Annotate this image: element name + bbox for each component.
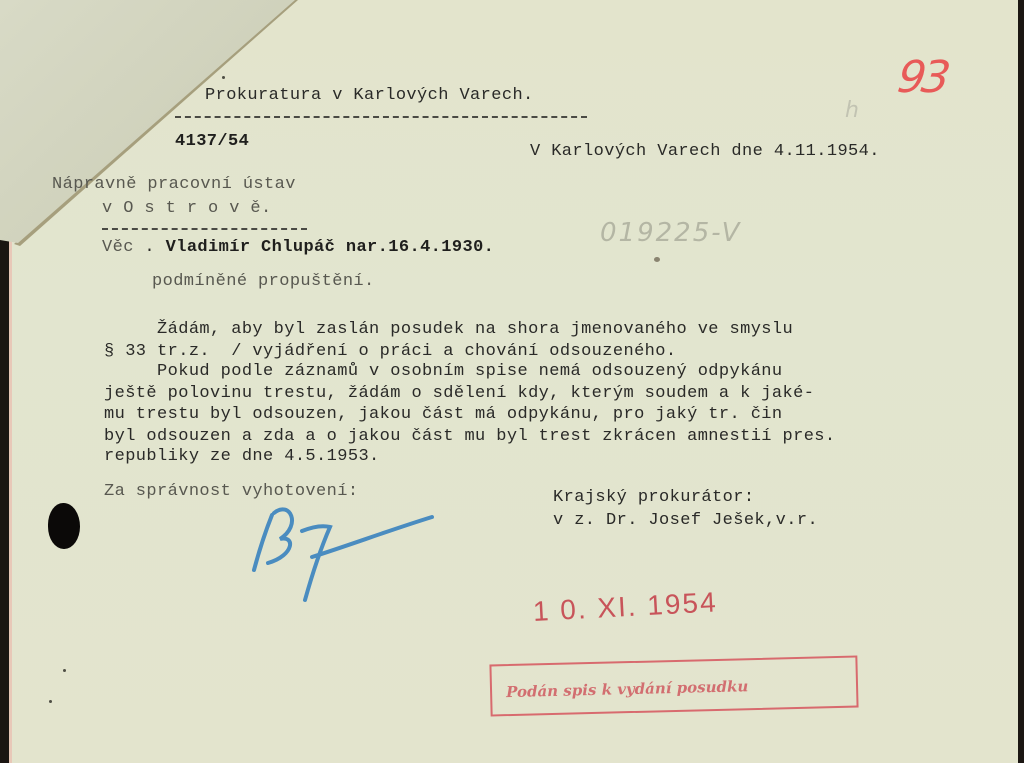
body-line: Pokud podle záznamů v osobním spise nemá… xyxy=(104,362,783,381)
punch-hole xyxy=(48,503,80,549)
subject-line: Věc . Vladimír Chlupáč nar.16.4.1930. xyxy=(102,238,494,257)
signatory-name: v z. Dr. Josef Ješek,v.r. xyxy=(553,511,818,530)
body-line: Žádám, aby byl zaslán posudek na shora j… xyxy=(104,320,793,339)
addressee-line-2: v O s t r o v ě. xyxy=(102,199,272,218)
status-stamp: Podán spis k vydání posudku xyxy=(489,656,858,717)
speck xyxy=(49,700,52,703)
signatory-title: Krajský prokurátor: xyxy=(553,488,754,507)
header-divider xyxy=(175,116,587,118)
page-edge xyxy=(9,240,12,763)
speck xyxy=(222,76,225,79)
addressee-divider xyxy=(102,228,307,230)
reference-number: 4137/54 xyxy=(175,132,249,151)
pencil-file-number: 019225-V xyxy=(600,218,741,248)
status-stamp-text: Podán spis k vydání posudku xyxy=(506,677,749,701)
body-line: § 33 tr.z. / vyjádření o práci a chování… xyxy=(104,342,677,361)
page-number-red: 93 xyxy=(894,52,949,103)
signature-icon xyxy=(250,495,450,605)
body-line: mu trestu byl odsouzen, jakou část má od… xyxy=(104,405,783,424)
office-header: Prokuratura v Karlových Varech. xyxy=(205,86,534,105)
body-line: republiky ze dne 4.5.1953. xyxy=(104,447,380,466)
body-line: byl odsouzen a zda a o jakou část mu byl… xyxy=(104,427,836,446)
addressee-line-1: Nápravně pracovní ústav xyxy=(52,175,296,194)
pencil-mark: h xyxy=(845,98,859,123)
place-date: V Karlových Varech dne 4.11.1954. xyxy=(530,142,880,161)
subject-subline: podmíněné propuštění. xyxy=(152,272,375,291)
speck xyxy=(654,257,660,262)
speck xyxy=(63,669,66,672)
body-line: ještě polovinu trestu, žádám o sdělení k… xyxy=(104,384,814,403)
subject-text: Vladimír Chlupáč nar.16.4.1930. xyxy=(166,238,495,257)
subject-label: Věc xyxy=(102,238,134,257)
